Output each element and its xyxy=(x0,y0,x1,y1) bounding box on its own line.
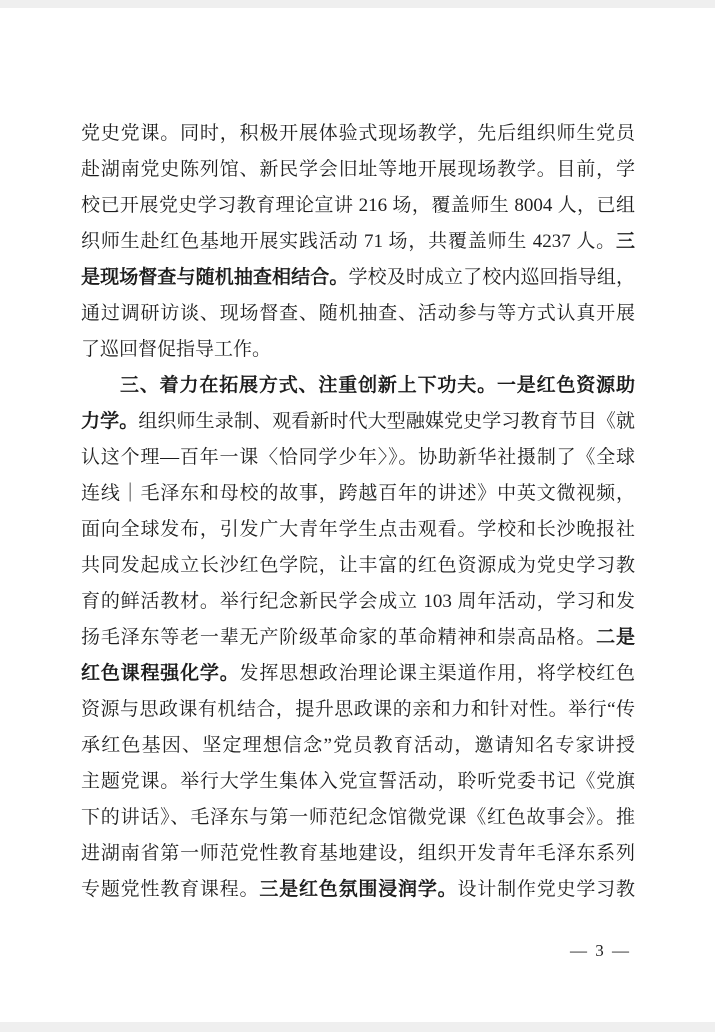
text-line: 了巡回督促指导工作。 xyxy=(81,332,635,368)
emphasis-text: 三 xyxy=(616,231,635,252)
emphasis-text: 三是红色氛围浸润学。 xyxy=(259,879,457,900)
text-line: 赴湖南党史陈列馆、新民学会旧址等地开展现场教学。目前，学 xyxy=(81,152,635,188)
text-line: 资源与思政课有机结合，提升思政课的亲和力和针对性。举行“传 xyxy=(81,692,635,728)
text-line: 三、着力在拓展方式、注重创新上下功夫。一是红色资源助 xyxy=(81,368,635,404)
body-text: 扬毛泽东等老一辈无产阶级革命家的革命精神和崇高品格。 xyxy=(81,627,596,648)
document-page: 党史党课。同时，积极开展体验式现场教学，先后组织师生党员赴湖南党史陈列馆、新民学… xyxy=(0,0,715,1032)
text-line: 面向全球发布，引发广大青年学生点击观看。学校和长沙晚报社 xyxy=(81,512,635,548)
body-text: 学校及时成立了校内巡回指导组， xyxy=(349,267,636,288)
emphasis-text: 是现场督查与随机抽查相结合。 xyxy=(81,267,349,288)
document-body: 党史党课。同时，积极开展体验式现场教学，先后组织师生党员赴湖南党史陈列馆、新民学… xyxy=(81,116,635,908)
body-text: 育的鲜活教材。举行纪念新民学会成立 103 周年活动，学习和发 xyxy=(81,591,635,612)
text-line: 进湖南省第一师范党性教育基地建设，组织开发青年毛泽东系列 xyxy=(81,836,635,872)
body-text: 组织师生录制、观看新时代大型融媒党史学习教育节目《就 xyxy=(138,411,635,432)
body-text: 校已开展党史学习教育理论宣讲 216 场，覆盖师生 8004 人，已组 xyxy=(81,195,635,216)
body-text: 下的讲话》、毛泽东与第一师范纪念馆微党课《红色故事会》。推 xyxy=(81,807,635,828)
text-line: 扬毛泽东等老一辈无产阶级革命家的革命精神和崇高品格。二是 xyxy=(81,620,635,656)
body-text: 了巡回督促指导工作。 xyxy=(81,339,271,360)
page-number: — 3 — xyxy=(570,940,631,962)
body-text: 共同发起成立长沙红色学院，让丰富的红色资源成为党史学习教 xyxy=(81,555,635,576)
body-text: 赴湖南党史陈列馆、新民学会旧址等地开展现场教学。目前，学 xyxy=(81,159,635,180)
text-line: 育的鲜活教材。举行纪念新民学会成立 103 周年活动，学习和发 xyxy=(81,584,635,620)
body-text: 织师生赴红色基地开展实践活动 71 场，共覆盖师生 4237 人。 xyxy=(81,231,616,252)
body-text: 设计制作党史学习教 xyxy=(457,879,635,900)
text-line: 承红色基因、坚定理想信念”党员教育活动，邀请知名专家讲授 xyxy=(81,728,635,764)
scan-edge-top xyxy=(0,0,715,8)
body-text: 通过调研访谈、现场督查、随机抽查、活动参与等方式认真开展 xyxy=(81,303,635,324)
text-line: 织师生赴红色基地开展实践活动 71 场，共覆盖师生 4237 人。三 xyxy=(81,224,635,260)
text-line: 是现场督查与随机抽查相结合。学校及时成立了校内巡回指导组， xyxy=(81,260,635,296)
text-line: 力学。组织师生录制、观看新时代大型融媒党史学习教育节目《就 xyxy=(81,404,635,440)
text-line: 党史党课。同时，积极开展体验式现场教学，先后组织师生党员 xyxy=(81,116,635,152)
body-text: 面向全球发布，引发广大青年学生点击观看。学校和长沙晚报社 xyxy=(81,519,635,540)
text-line: 共同发起成立长沙红色学院，让丰富的红色资源成为党史学习教 xyxy=(81,548,635,584)
emphasis-text: 力学。 xyxy=(81,411,138,432)
text-line: 主题党课。举行大学生集体入党宣誓活动，聆听党委书记《党旗 xyxy=(81,764,635,800)
text-line: 认这个理—百年一课〈恰同学少年〉》。协助新华社摄制了《全球 xyxy=(81,440,635,476)
text-line: 通过调研访谈、现场督查、随机抽查、活动参与等方式认真开展 xyxy=(81,296,635,332)
body-text: 进湖南省第一师范党性教育基地建设，组织开发青年毛泽东系列 xyxy=(81,843,635,864)
text-line: 红色课程强化学。发挥思想政治理论课主渠道作用，将学校红色 xyxy=(81,656,635,692)
body-text: 认这个理—百年一课〈恰同学少年〉》。协助新华社摄制了《全球 xyxy=(81,447,635,468)
emphasis-text: 二是 xyxy=(596,627,635,648)
text-line: 下的讲话》、毛泽东与第一师范纪念馆微党课《红色故事会》。推 xyxy=(81,800,635,836)
body-text: 承红色基因、坚定理想信念”党员教育活动，邀请知名专家讲授 xyxy=(81,735,635,756)
page-number-label: — 3 — xyxy=(570,941,631,960)
body-text: 资源与思政课有机结合，提升思政课的亲和力和针对性。举行“传 xyxy=(81,699,635,720)
body-text: 连线｜毛泽东和母校的故事，跨越百年的讲述》中英文微视频， xyxy=(81,483,635,504)
emphasis-text: 三、着力在拓展方式、注重创新上下功夫。 xyxy=(120,375,497,396)
body-text: 发挥思想政治理论课主渠道作用，将学校红色 xyxy=(240,663,635,684)
scan-edge-bottom xyxy=(0,1022,715,1032)
emphasis-text: 红色课程强化学。 xyxy=(81,663,240,684)
body-text: 专题党性教育课程。 xyxy=(81,879,259,900)
body-text: 党史党课。同时，积极开展体验式现场教学，先后组织师生党员 xyxy=(81,123,635,144)
text-line: 专题党性教育课程。三是红色氛围浸润学。设计制作党史学习教 xyxy=(81,872,635,908)
text-line: 连线｜毛泽东和母校的故事，跨越百年的讲述》中英文微视频， xyxy=(81,476,635,512)
text-line: 校已开展党史学习教育理论宣讲 216 场，覆盖师生 8004 人，已组 xyxy=(81,188,635,224)
emphasis-text: 一是红色资源助 xyxy=(497,375,635,396)
body-text: 主题党课。举行大学生集体入党宣誓活动，聆听党委书记《党旗 xyxy=(81,771,635,792)
